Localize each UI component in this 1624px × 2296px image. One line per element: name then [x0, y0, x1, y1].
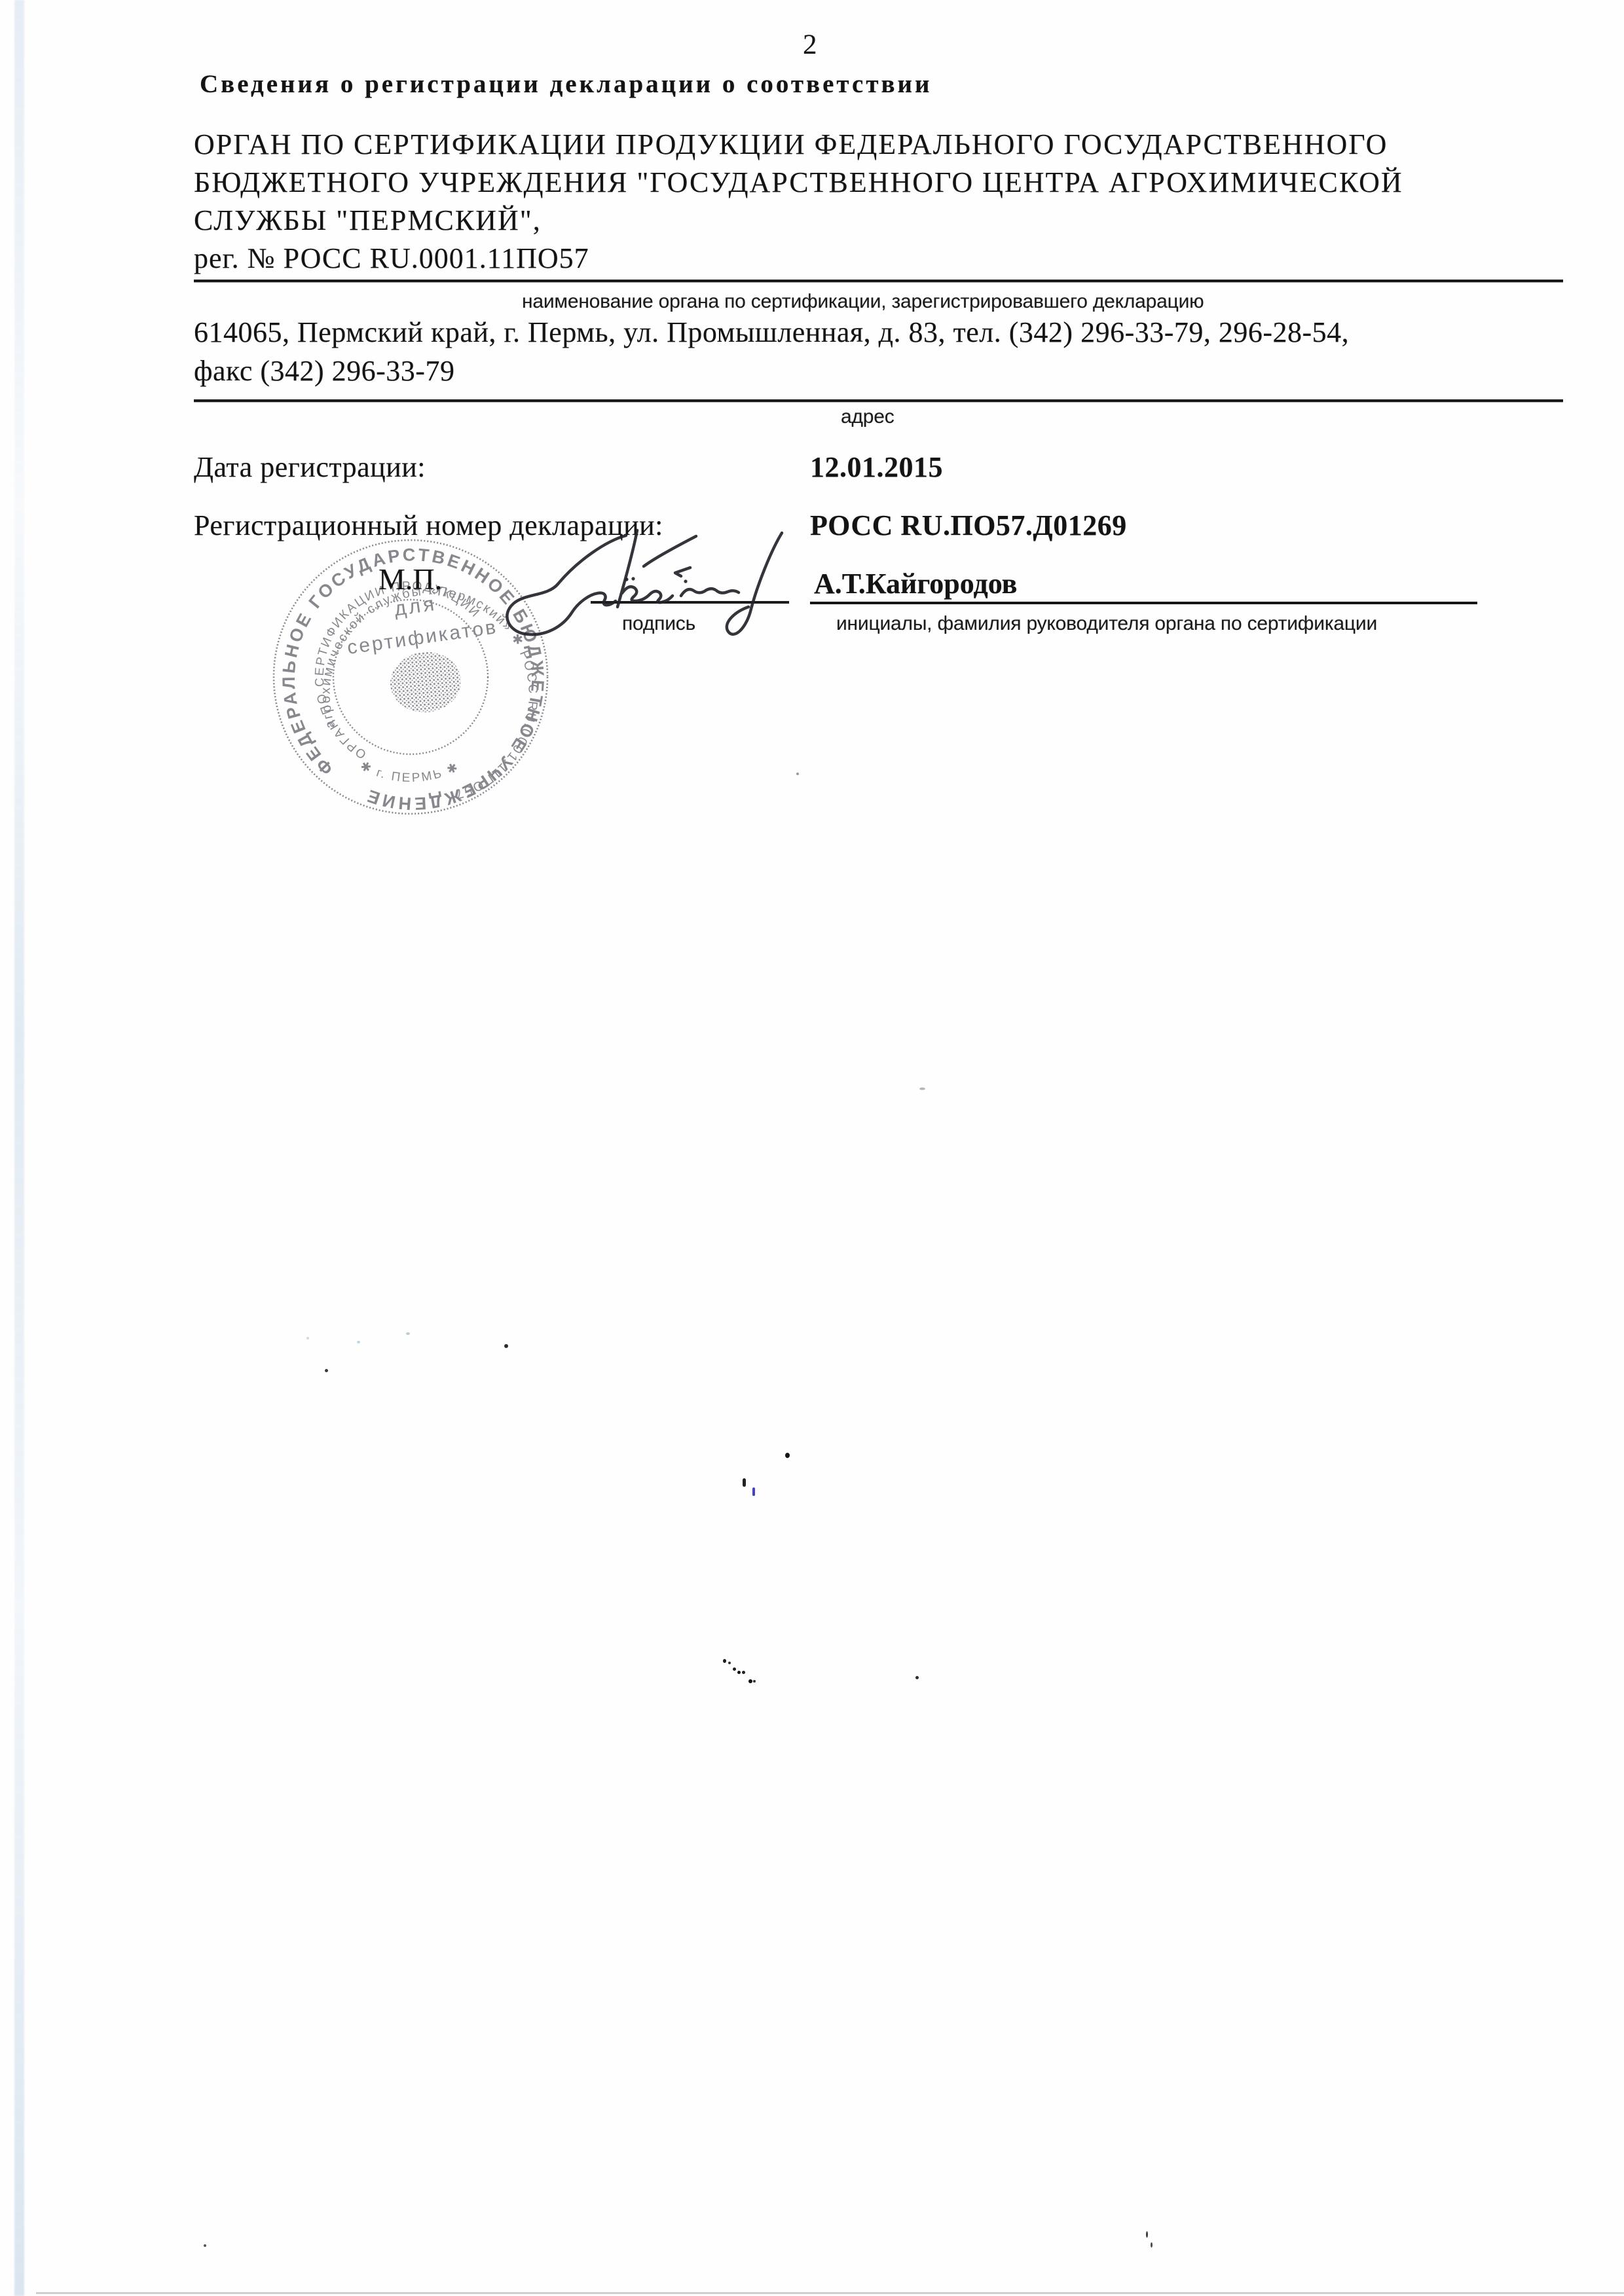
scan-speck: [406, 1332, 410, 1335]
certification-body-name: ОРГАН ПО СЕРТИФИКАЦИИ ПРОДУКЦИИ ФЕДЕРАЛЬ…: [194, 126, 1403, 278]
scanner-bottom-line: [36, 2292, 1624, 2294]
registration-date-label: Дата регистрации:: [194, 450, 426, 484]
org-name-underline-rule: [194, 280, 1563, 282]
scan-speck: [325, 1369, 328, 1372]
scanned-document-page: 2 Сведения о регистрации декларации о со…: [0, 0, 1624, 2296]
scan-speck: [785, 1453, 790, 1458]
stamp-place-mark: М.П.: [378, 562, 442, 596]
scan-speck: [723, 1659, 726, 1663]
scan-speck: [504, 1344, 508, 1348]
scan-speck: [753, 1680, 756, 1683]
stamp-emblem: [387, 649, 464, 716]
scanner-edge-artifact: [14, 0, 24, 2296]
scan-speck: [919, 1087, 925, 1090]
scan-speck: [357, 1341, 360, 1343]
scan-speck: [204, 2244, 206, 2247]
scan-speck: [733, 1667, 736, 1671]
stamp-city-arc-text: ✱ г. ПЕРМЬ ✱: [358, 759, 462, 785]
head-name-caption: инициалы, фамилия руководителя органа по…: [836, 613, 1377, 635]
scan-speck: [1146, 2231, 1148, 2238]
certification-head-name: А.Т.Кайгородов: [814, 567, 1017, 600]
scan-speck: [748, 1679, 752, 1683]
org-name-caption: наименование органа по сертификации, зар…: [522, 291, 1204, 313]
address-line: 614065, Пермский край, г. Пермь, ул. Про…: [194, 313, 1349, 352]
scan-speck: [742, 1671, 745, 1674]
scan-speck: [728, 1662, 731, 1664]
scan-speck: [306, 1337, 309, 1339]
org-name-line: ОРГАН ПО СЕРТИФИКАЦИИ ПРОДУКЦИИ ФЕДЕРАЛЬ…: [194, 126, 1403, 164]
scan-speck: [915, 1676, 919, 1679]
address-line: факс (342) 296-33-79: [194, 352, 1349, 390]
handwritten-signature: [485, 528, 812, 665]
address-underline-rule: [194, 399, 1563, 402]
registration-number-value: РОСС RU.ПО57.Д01269: [810, 509, 1127, 542]
registration-date-value: 12.01.2015: [810, 450, 943, 484]
scan-speck: [796, 773, 799, 775]
org-reg-number-line: рег. № РОСС RU.0001.11ПО57: [194, 240, 1403, 278]
address-caption: адрес: [841, 406, 895, 428]
scan-speck: [743, 1478, 746, 1487]
certification-body-address: 614065, Пермский край, г. Пермь, ул. Про…: [194, 313, 1349, 390]
scan-speck: [752, 1487, 755, 1496]
org-name-line: СЛУЖБЫ "ПЕРМСКИЙ",: [194, 202, 1403, 240]
org-name-line: БЮДЖЕТНОГО УЧРЕЖДЕНИЯ "ГОСУДАРСТВЕННОГО …: [194, 164, 1403, 202]
svg-text:✱ г. ПЕРМЬ ✱: ✱ г. ПЕРМЬ ✱: [358, 759, 462, 785]
scan-speck: [1151, 2242, 1153, 2248]
scan-speck: [737, 1671, 741, 1674]
page-number: 2: [803, 29, 817, 61]
section-heading: Сведения о регистрации декларации о соот…: [200, 69, 932, 99]
head-name-line: [810, 602, 1477, 604]
